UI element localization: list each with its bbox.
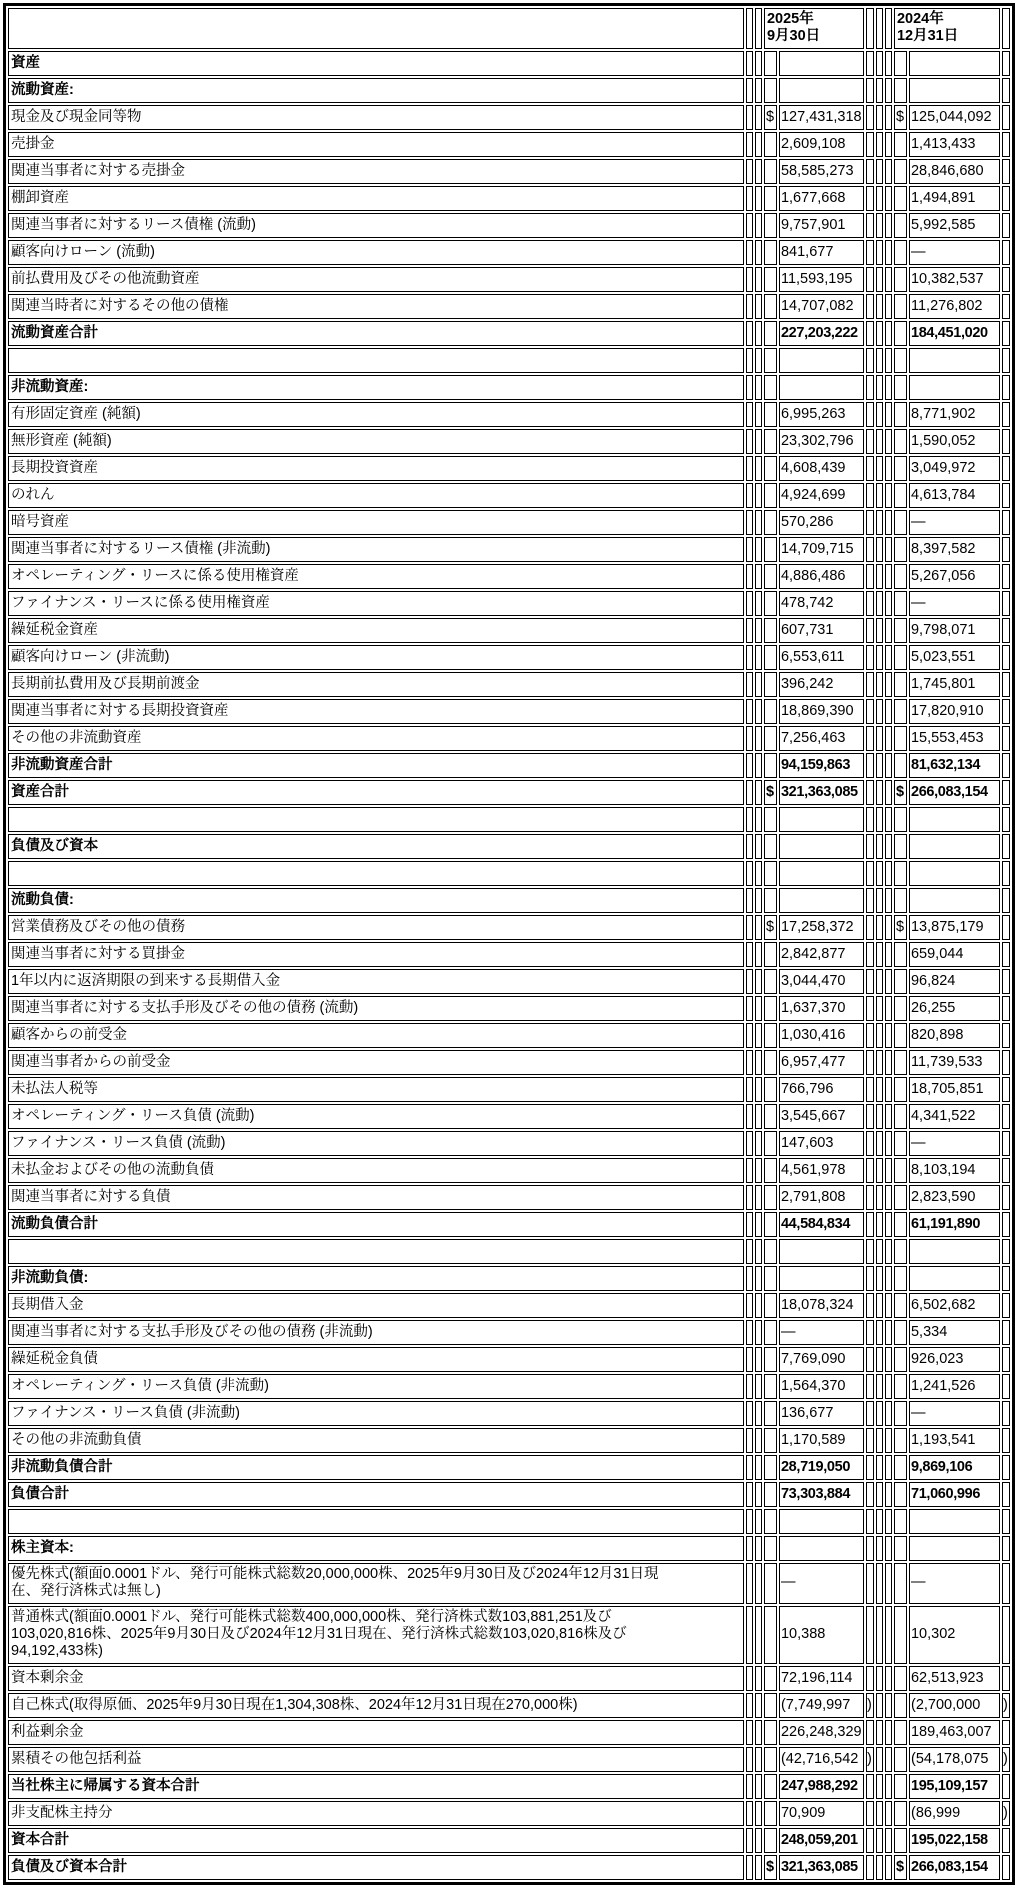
currency-symbol-2025 [764, 861, 777, 886]
currency-symbol-2024 [894, 726, 907, 751]
col-gap [755, 888, 762, 913]
col-gap [746, 1293, 753, 1318]
col-gap [876, 1801, 883, 1826]
col-gap [746, 564, 753, 589]
closing-paren-2025 [866, 537, 874, 562]
col-gap [755, 1401, 762, 1426]
currency-symbol-2025 [764, 834, 777, 859]
amount-2024: — [909, 240, 1000, 265]
section-row: 株主資本: [8, 1536, 1010, 1561]
col-gap [885, 456, 892, 481]
currency-symbol-2024 [894, 348, 907, 373]
closing-paren-2024 [1002, 159, 1010, 184]
col-gap [885, 240, 892, 265]
row-label: その他の非流動資産 [8, 726, 744, 751]
closing-paren-2025 [866, 807, 874, 832]
col-gap [885, 1428, 892, 1453]
amount-2024: 71,060,996 [909, 1482, 1000, 1507]
col-gap [885, 996, 892, 1021]
currency-symbol-2025 [764, 996, 777, 1021]
spacer-row [8, 861, 1010, 886]
col-gap [885, 807, 892, 832]
item-row: 関連当事者に対する買掛金2,842,877659,044 [8, 942, 1010, 967]
currency-symbol-2025 [764, 1774, 777, 1799]
row-label: 優先株式(額面0.0001ドル、発行可能株式総数20,000,000株、2025… [8, 1563, 744, 1604]
row-label: 関連当事者に対する支払手形及びその他の債務 (非流動) [8, 1320, 744, 1345]
closing-paren-2024 [1002, 996, 1010, 1021]
item-row: 自己株式(取得原価、2025年9月30日現在1,304,308株、2024年12… [8, 1693, 1010, 1718]
col-gap [885, 1212, 892, 1237]
currency-symbol-2025 [764, 1401, 777, 1426]
col-gap [885, 483, 892, 508]
amount-2025: 6,957,477 [779, 1050, 864, 1075]
col-gap [755, 1509, 762, 1534]
col-gap [755, 240, 762, 265]
currency-symbol-2025 [764, 1266, 777, 1291]
amount-2024: 2,823,590 [909, 1185, 1000, 1210]
row-label: オペレーティング・リース負債 (流動) [8, 1104, 744, 1129]
col-gap [755, 1455, 762, 1480]
col-gap [876, 1455, 883, 1480]
currency-symbol-2024 [894, 1455, 907, 1480]
col-gap [876, 1131, 883, 1156]
amount-2024: 81,632,134 [909, 753, 1000, 778]
amount-2025: 94,159,863 [779, 753, 864, 778]
col-gap [885, 1293, 892, 1318]
col-gap [755, 1828, 762, 1853]
item-row: 関連当事者に対する負債2,791,8082,823,590 [8, 1185, 1010, 1210]
header-period-2025: 2025年 9月30日 [764, 8, 864, 49]
col-gap [746, 159, 753, 184]
total-row: 当社株主に帰属する資本合計247,988,292195,109,157 [8, 1774, 1010, 1799]
amount-2025 [779, 375, 864, 400]
col-gap [876, 1104, 883, 1129]
closing-paren-2024 [1002, 1185, 1010, 1210]
currency-symbol-2024 [894, 483, 907, 508]
amount-2025: 4,886,486 [779, 564, 864, 589]
item-row: 関連当事者に対する長期投資資産18,869,39017,820,910 [8, 699, 1010, 724]
col-gap [755, 591, 762, 616]
item-row: ファイナンス・リースに係る使用権資産478,742— [8, 591, 1010, 616]
amount-2024: 125,044,092 [909, 105, 1000, 130]
amount-2024: — [909, 591, 1000, 616]
row-label: 資産合計 [8, 780, 744, 805]
col-gap [755, 1077, 762, 1102]
item-row: 関連当事者からの前受金6,957,47711,739,533 [8, 1050, 1010, 1075]
balance-sheet-body: 資産流動資産:現金及び現金同等物$127,431,318$125,044,092… [8, 51, 1010, 1880]
row-label: のれん [8, 483, 744, 508]
amount-2024 [909, 78, 1000, 103]
closing-paren-2025 [866, 591, 874, 616]
closing-paren-2024 [1002, 1347, 1010, 1372]
amount-2025 [779, 834, 864, 859]
amount-2024: 266,083,154 [909, 780, 1000, 805]
currency-symbol-2024 [894, 1428, 907, 1453]
amount-2025: 136,677 [779, 1401, 864, 1426]
col-gap [885, 1077, 892, 1102]
currency-symbol-2024 [894, 510, 907, 535]
col-gap [746, 1774, 753, 1799]
currency-symbol-2025 [764, 294, 777, 319]
currency-symbol-2025 [764, 1482, 777, 1507]
currency-symbol-2025 [764, 942, 777, 967]
row-label: 流動負債合計 [8, 1212, 744, 1237]
currency-symbol-2025 [764, 672, 777, 697]
col-gap [885, 159, 892, 184]
col-gap [885, 1401, 892, 1426]
currency-symbol-2024 [894, 1185, 907, 1210]
closing-paren-2025 [866, 1774, 874, 1799]
currency-symbol-2024 [894, 1347, 907, 1372]
currency-symbol-2025 [764, 1293, 777, 1318]
closing-paren-2024 [1002, 1401, 1010, 1426]
closing-paren-2025 [866, 1293, 874, 1318]
currency-symbol-2024 [894, 1828, 907, 1853]
amount-2024 [909, 888, 1000, 913]
amount-2025 [779, 1536, 864, 1561]
amount-2024: 11,276,802 [909, 294, 1000, 319]
closing-paren-2024 [1002, 807, 1010, 832]
closing-paren-2025 [866, 564, 874, 589]
col-gap [876, 1855, 883, 1880]
col-gap [746, 483, 753, 508]
currency-symbol-2024 [894, 1606, 907, 1664]
col-gap [876, 1077, 883, 1102]
amount-2025: 127,431,318 [779, 105, 864, 130]
currency-symbol-2024 [894, 1293, 907, 1318]
amount-2025: 7,769,090 [779, 1347, 864, 1372]
closing-paren-2025 [866, 1347, 874, 1372]
amount-2024: 820,898 [909, 1023, 1000, 1048]
row-label: 未払金およびその他の流動負債 [8, 1158, 744, 1183]
amount-2025: 766,796 [779, 1077, 864, 1102]
closing-paren-2024: ) [1002, 1693, 1010, 1718]
closing-paren-2025 [866, 1606, 874, 1664]
closing-paren-2024 [1002, 1509, 1010, 1534]
col-gap [746, 942, 753, 967]
col-gap [746, 510, 753, 535]
closing-paren-2025 [866, 1563, 874, 1604]
closing-paren-2025 [866, 213, 874, 238]
closing-paren-2025 [866, 1212, 874, 1237]
closing-paren-2025 [866, 672, 874, 697]
closing-paren-2025 [866, 1050, 874, 1075]
section-row: 非流動負債: [8, 1266, 1010, 1291]
col-gap [755, 1347, 762, 1372]
item-row: 未払金およびその他の流動負債4,561,9788,103,194 [8, 1158, 1010, 1183]
closing-paren-2024 [1002, 645, 1010, 670]
col-gap [876, 132, 883, 157]
col-gap [885, 1131, 892, 1156]
col-gap [885, 1266, 892, 1291]
amount-2024 [909, 1266, 1000, 1291]
row-label: 非支配株主持分 [8, 1801, 744, 1826]
col-gap [746, 969, 753, 994]
col-gap [876, 618, 883, 643]
col-gap [746, 1185, 753, 1210]
col-gap [755, 1266, 762, 1291]
currency-symbol-2025 [764, 1606, 777, 1664]
row-label: 累積その他包括利益 [8, 1747, 744, 1772]
col-gap [746, 240, 753, 265]
currency-symbol-2025 [764, 321, 777, 346]
col-gap [876, 1563, 883, 1604]
closing-paren-2025 [866, 780, 874, 805]
amount-2025: 3,545,667 [779, 1104, 864, 1129]
col-gap [746, 1509, 753, 1534]
col-gap [885, 1023, 892, 1048]
col-gap [755, 564, 762, 589]
currency-symbol-2025 [764, 1320, 777, 1345]
closing-paren-2024 [1002, 429, 1010, 454]
amount-2025: 247,988,292 [779, 1774, 864, 1799]
col-gap [876, 8, 883, 49]
item-row: 繰延税金負債7,769,090926,023 [8, 1347, 1010, 1372]
row-label: 株主資本: [8, 1536, 744, 1561]
amount-2024: 18,705,851 [909, 1077, 1000, 1102]
col-gap [876, 996, 883, 1021]
col-gap [746, 1482, 753, 1507]
closing-paren-2025 [866, 375, 874, 400]
row-label: 顧客向けローン (流動) [8, 240, 744, 265]
col-gap [746, 618, 753, 643]
currency-symbol-2025 [764, 348, 777, 373]
col-gap [755, 645, 762, 670]
currency-symbol-2025 [764, 1720, 777, 1745]
closing-paren-2024 [1002, 1158, 1010, 1183]
section-row: 流動資産: [8, 78, 1010, 103]
col-gap [866, 8, 874, 49]
col-gap [755, 1158, 762, 1183]
currency-symbol-2025 [764, 132, 777, 157]
col-gap [885, 564, 892, 589]
closing-paren-2025 [866, 1509, 874, 1534]
col-gap [755, 1023, 762, 1048]
balance-sheet-table: 2025年 9月30日 2024年 12月31日 資産流動資産:現金及び現金同等… [3, 3, 1015, 1885]
currency-symbol-2024 [894, 1320, 907, 1345]
row-label: 当社株主に帰属する資本合計 [8, 1774, 744, 1799]
closing-paren-2024 [1002, 510, 1010, 535]
closing-paren-2025 [866, 1666, 874, 1691]
amount-2025: 4,608,439 [779, 456, 864, 481]
col-gap [755, 537, 762, 562]
amount-2024: 1,413,433 [909, 132, 1000, 157]
row-label: オペレーティング・リース負債 (非流動) [8, 1374, 744, 1399]
currency-symbol-2025 [764, 1747, 777, 1772]
col-gap [876, 240, 883, 265]
amount-2024 [909, 834, 1000, 859]
closing-paren-2025 [866, 1855, 874, 1880]
total-row: 流動負債合計44,584,83461,191,890 [8, 1212, 1010, 1237]
col-gap [746, 294, 753, 319]
row-label: 関連当事者に対する売掛金 [8, 159, 744, 184]
closing-paren-2024 [1002, 1666, 1010, 1691]
currency-symbol-2024 [894, 1801, 907, 1826]
currency-symbol-2024 [894, 969, 907, 994]
currency-symbol-2024 [894, 240, 907, 265]
closing-paren-2024 [1002, 888, 1010, 913]
amount-2025: 9,757,901 [779, 213, 864, 238]
currency-symbol-2024 [894, 1747, 907, 1772]
col-gap [1002, 8, 1010, 49]
col-gap [746, 1563, 753, 1604]
total-row: 負債及び資本合計$321,363,085$266,083,154 [8, 1855, 1010, 1880]
amount-2024: 659,044 [909, 942, 1000, 967]
col-gap [876, 159, 883, 184]
col-gap [746, 1131, 753, 1156]
amount-2025 [779, 1266, 864, 1291]
amount-2024 [909, 1536, 1000, 1561]
currency-symbol-2025: $ [764, 1855, 777, 1880]
col-gap [755, 1293, 762, 1318]
col-gap [876, 321, 883, 346]
currency-symbol-2024 [894, 1050, 907, 1075]
col-gap [755, 1374, 762, 1399]
amount-2025: 14,709,715 [779, 537, 864, 562]
amount-2024: 926,023 [909, 1347, 1000, 1372]
spacer-row [8, 1239, 1010, 1264]
spacer-row [8, 1509, 1010, 1534]
col-gap [885, 132, 892, 157]
col-gap [755, 807, 762, 832]
closing-paren-2024 [1002, 618, 1010, 643]
closing-paren-2025 [866, 78, 874, 103]
currency-symbol-2024 [894, 1482, 907, 1507]
amount-2025: 3,044,470 [779, 969, 864, 994]
amount-2025: — [779, 1563, 864, 1604]
amount-2025: 2,842,877 [779, 942, 864, 967]
closing-paren-2025 [866, 1104, 874, 1129]
col-gap [746, 321, 753, 346]
closing-paren-2024: ) [1002, 1801, 1010, 1826]
currency-symbol-2025 [764, 159, 777, 184]
item-row: 長期投資資産4,608,4393,049,972 [8, 456, 1010, 481]
row-label: 非流動資産: [8, 375, 744, 400]
currency-symbol-2024 [894, 888, 907, 913]
closing-paren-2024 [1002, 1774, 1010, 1799]
currency-symbol-2024 [894, 1023, 907, 1048]
row-label: 無形資産 (純額) [8, 429, 744, 454]
col-gap [876, 429, 883, 454]
col-gap [755, 1320, 762, 1345]
header-period-2024: 2024年 12月31日 [894, 8, 1000, 49]
col-gap [876, 1320, 883, 1345]
item-row: オペレーティング・リース負債 (非流動)1,564,3701,241,526 [8, 1374, 1010, 1399]
item-row: 関連当事者に対する支払手形及びその他の債務 (非流動)—5,334 [8, 1320, 1010, 1345]
col-gap [755, 1050, 762, 1075]
item-row: 関連当事者に対するリース債権 (流動)9,757,9015,992,585 [8, 213, 1010, 238]
amount-2025 [779, 348, 864, 373]
amount-2025: 570,286 [779, 510, 864, 535]
closing-paren-2024 [1002, 1320, 1010, 1345]
total-row: 負債合計73,303,88471,060,996 [8, 1482, 1010, 1507]
col-gap [885, 1774, 892, 1799]
amount-2025: 2,609,108 [779, 132, 864, 157]
currency-symbol-2024 [894, 1666, 907, 1691]
amount-2025: 6,553,611 [779, 645, 864, 670]
currency-symbol-2025 [764, 1185, 777, 1210]
row-label: 関連当事者に対するリース債権 (非流動) [8, 537, 744, 562]
col-gap [876, 267, 883, 292]
col-gap [755, 213, 762, 238]
col-gap [755, 429, 762, 454]
closing-paren-2025 [866, 834, 874, 859]
currency-symbol-2025 [764, 1023, 777, 1048]
currency-symbol-2025 [764, 807, 777, 832]
col-gap [746, 1828, 753, 1853]
item-row: その他の非流動負債1,170,5891,193,541 [8, 1428, 1010, 1453]
closing-paren-2025 [866, 915, 874, 940]
col-gap [876, 483, 883, 508]
item-row: その他の非流動資産7,256,46315,553,453 [8, 726, 1010, 751]
col-gap [885, 1320, 892, 1345]
currency-symbol-2024 [894, 1774, 907, 1799]
currency-symbol-2025: $ [764, 915, 777, 940]
amount-2024: 1,241,526 [909, 1374, 1000, 1399]
amount-2024: (54,178,075 [909, 1747, 1000, 1772]
item-row: 棚卸資産1,677,6681,494,891 [8, 186, 1010, 211]
currency-symbol-2025 [764, 78, 777, 103]
row-label: 1年以内に返済期限の到来する長期借入金 [8, 969, 744, 994]
row-label: 長期前払費用及び長期前渡金 [8, 672, 744, 697]
col-gap [885, 1239, 892, 1264]
closing-paren-2024 [1002, 1104, 1010, 1129]
currency-symbol-2025 [764, 564, 777, 589]
currency-symbol-2024 [894, 861, 907, 886]
currency-symbol-2024 [894, 1536, 907, 1561]
col-gap [755, 1536, 762, 1561]
amount-2025: 72,196,114 [779, 1666, 864, 1691]
amount-2024: 13,875,179 [909, 915, 1000, 940]
amount-2024: 195,022,158 [909, 1828, 1000, 1853]
currency-symbol-2025 [764, 1536, 777, 1561]
amount-2025: 1,637,370 [779, 996, 864, 1021]
currency-symbol-2024 [894, 267, 907, 292]
closing-paren-2024 [1002, 213, 1010, 238]
currency-symbol-2025 [764, 1050, 777, 1075]
amount-2024: 9,869,106 [909, 1455, 1000, 1480]
col-gap [885, 375, 892, 400]
amount-2024: 1,590,052 [909, 429, 1000, 454]
header-row: 2025年 9月30日 2024年 12月31日 [8, 8, 1010, 49]
currency-symbol-2025 [764, 699, 777, 724]
amount-2024: 1,494,891 [909, 186, 1000, 211]
amount-2025: — [779, 1320, 864, 1345]
closing-paren-2025 [866, 294, 874, 319]
closing-paren-2024 [1002, 1855, 1010, 1880]
closing-paren-2024 [1002, 591, 1010, 616]
currency-symbol-2025 [764, 1801, 777, 1826]
currency-symbol-2024 [894, 1212, 907, 1237]
amount-2025: 44,584,834 [779, 1212, 864, 1237]
col-gap [876, 1509, 883, 1534]
col-gap [746, 8, 753, 49]
closing-paren-2024 [1002, 1266, 1010, 1291]
col-gap [885, 1455, 892, 1480]
item-row: 顧客向けローン (流動)841,677— [8, 240, 1010, 265]
amount-2024: 10,382,537 [909, 267, 1000, 292]
item-row: 関連当時者に対するその他の債権14,707,08211,276,802 [8, 294, 1010, 319]
col-gap [885, 861, 892, 886]
row-label: オペレーティング・リースに係る使用権資産 [8, 564, 744, 589]
col-gap [885, 510, 892, 535]
amount-2024: 11,739,533 [909, 1050, 1000, 1075]
currency-symbol-2024 [894, 672, 907, 697]
col-gap [885, 294, 892, 319]
currency-symbol-2024 [894, 942, 907, 967]
row-label: 関連当事者に対する長期投資資産 [8, 699, 744, 724]
amount-2024: 8,771,902 [909, 402, 1000, 427]
